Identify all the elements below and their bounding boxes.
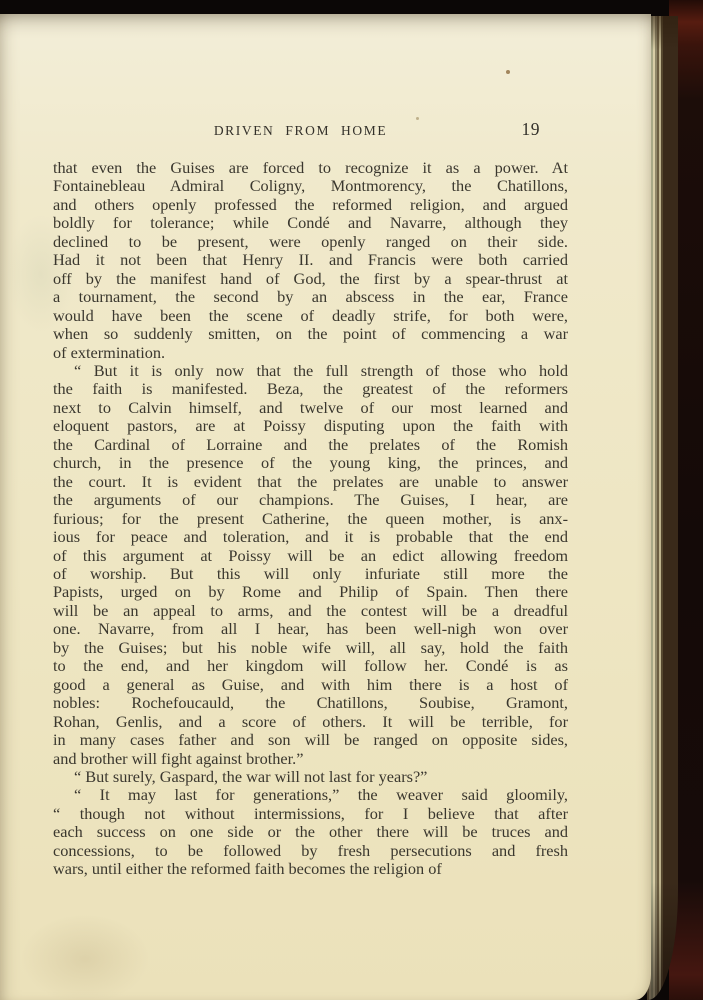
text-line: good a general as Guise, and with him th… [53, 676, 568, 694]
text-line: each success on one side or the other th… [53, 823, 568, 841]
text-line: Fontainebleau Admiral Coligny, Montmoren… [53, 177, 568, 195]
paragraph: “ But it is only now that the full stren… [53, 362, 568, 768]
text-line: off by the manifest hand of God, the fir… [53, 270, 568, 288]
text-line: one. Navarre, from all I hear, has been … [53, 620, 568, 638]
scanned-book-photo: DRIVEN FROM HOME 19 that even the Guises… [0, 0, 703, 1000]
text-line: that even the Guises are forced to recog… [53, 159, 568, 177]
page-number: 19 [522, 119, 541, 140]
page-header: DRIVEN FROM HOME 19 [53, 119, 568, 143]
text-line: eloquent pastors, are at Poissy disputin… [53, 417, 568, 435]
text-line: will be an appeal to arms, and the conte… [53, 602, 568, 620]
book-page: DRIVEN FROM HOME 19 that even the Guises… [0, 14, 651, 1000]
text-line: in many cases father and son will be ran… [53, 731, 568, 749]
text-line: the court. It is evident that the prelat… [53, 473, 568, 491]
text-line: and others openly professed the reformed… [53, 196, 568, 214]
text-line: “ It may last for generations,” the weav… [53, 786, 568, 804]
text-line: and brother will fight against brother.” [53, 750, 568, 768]
text-line: the Cardinal of Lorraine and the prelate… [53, 436, 568, 454]
page-body: that even the Guises are forced to recog… [53, 159, 568, 879]
text-line: Papists, urged on by Rome and Philip of … [53, 583, 568, 601]
text-line: next to Calvin himself, and twelve of ou… [53, 399, 568, 417]
text-line: Rohan, Genlis, and a score of others. It… [53, 713, 568, 731]
text-line: of worship. But this will only infuriate… [53, 565, 568, 583]
text-line: church, in the presence of the young kin… [53, 454, 568, 472]
text-line: a tournament, the second by an abscess i… [53, 288, 568, 306]
text-line: Had it not been that Henry II. and Franc… [53, 251, 568, 269]
text-line: of extermination. [53, 344, 568, 362]
text-line: declined to be present, were openly rang… [53, 233, 568, 251]
text-line: furious; for the present Catherine, the … [53, 510, 568, 528]
text-line: the arguments of our champions. The Guis… [53, 491, 568, 509]
text-line: of this argument at Poissy will be an ed… [53, 547, 568, 565]
text-line: nobles: Rochefoucauld, the Chatillons, S… [53, 694, 568, 712]
paper-speck [506, 70, 510, 74]
paragraph: “ But surely, Gaspard, the war will not … [53, 768, 568, 786]
running-title: DRIVEN FROM HOME [53, 123, 548, 139]
text-line: “ But surely, Gaspard, the war will not … [53, 768, 568, 786]
text-line: concessions, to be followed by fresh per… [53, 842, 568, 860]
text-line: to the end, and her kingdom will follow … [53, 657, 568, 675]
text-line: ious for peace and toleration, and it is… [53, 528, 568, 546]
text-line: “ But it is only now that the full stren… [53, 362, 568, 380]
paragraph: that even the Guises are forced to recog… [53, 159, 568, 362]
text-line: wars, until either the reformed faith be… [53, 860, 568, 878]
paper-stain [20, 914, 150, 1000]
text-line: boldly for tolerance; while Condé and Na… [53, 214, 568, 232]
text-line: would have been the scene of deadly stri… [53, 307, 568, 325]
paragraph: “ It may last for generations,” the weav… [53, 786, 568, 878]
text-line: when so suddenly smitten, on the point o… [53, 325, 568, 343]
text-line: the faith is manifested. Beza, the great… [53, 380, 568, 398]
page-fore-edges [647, 16, 678, 1000]
text-line: by the Guises; but his noble wife will, … [53, 639, 568, 657]
text-line: “ though not without intermissions, for … [53, 805, 568, 823]
